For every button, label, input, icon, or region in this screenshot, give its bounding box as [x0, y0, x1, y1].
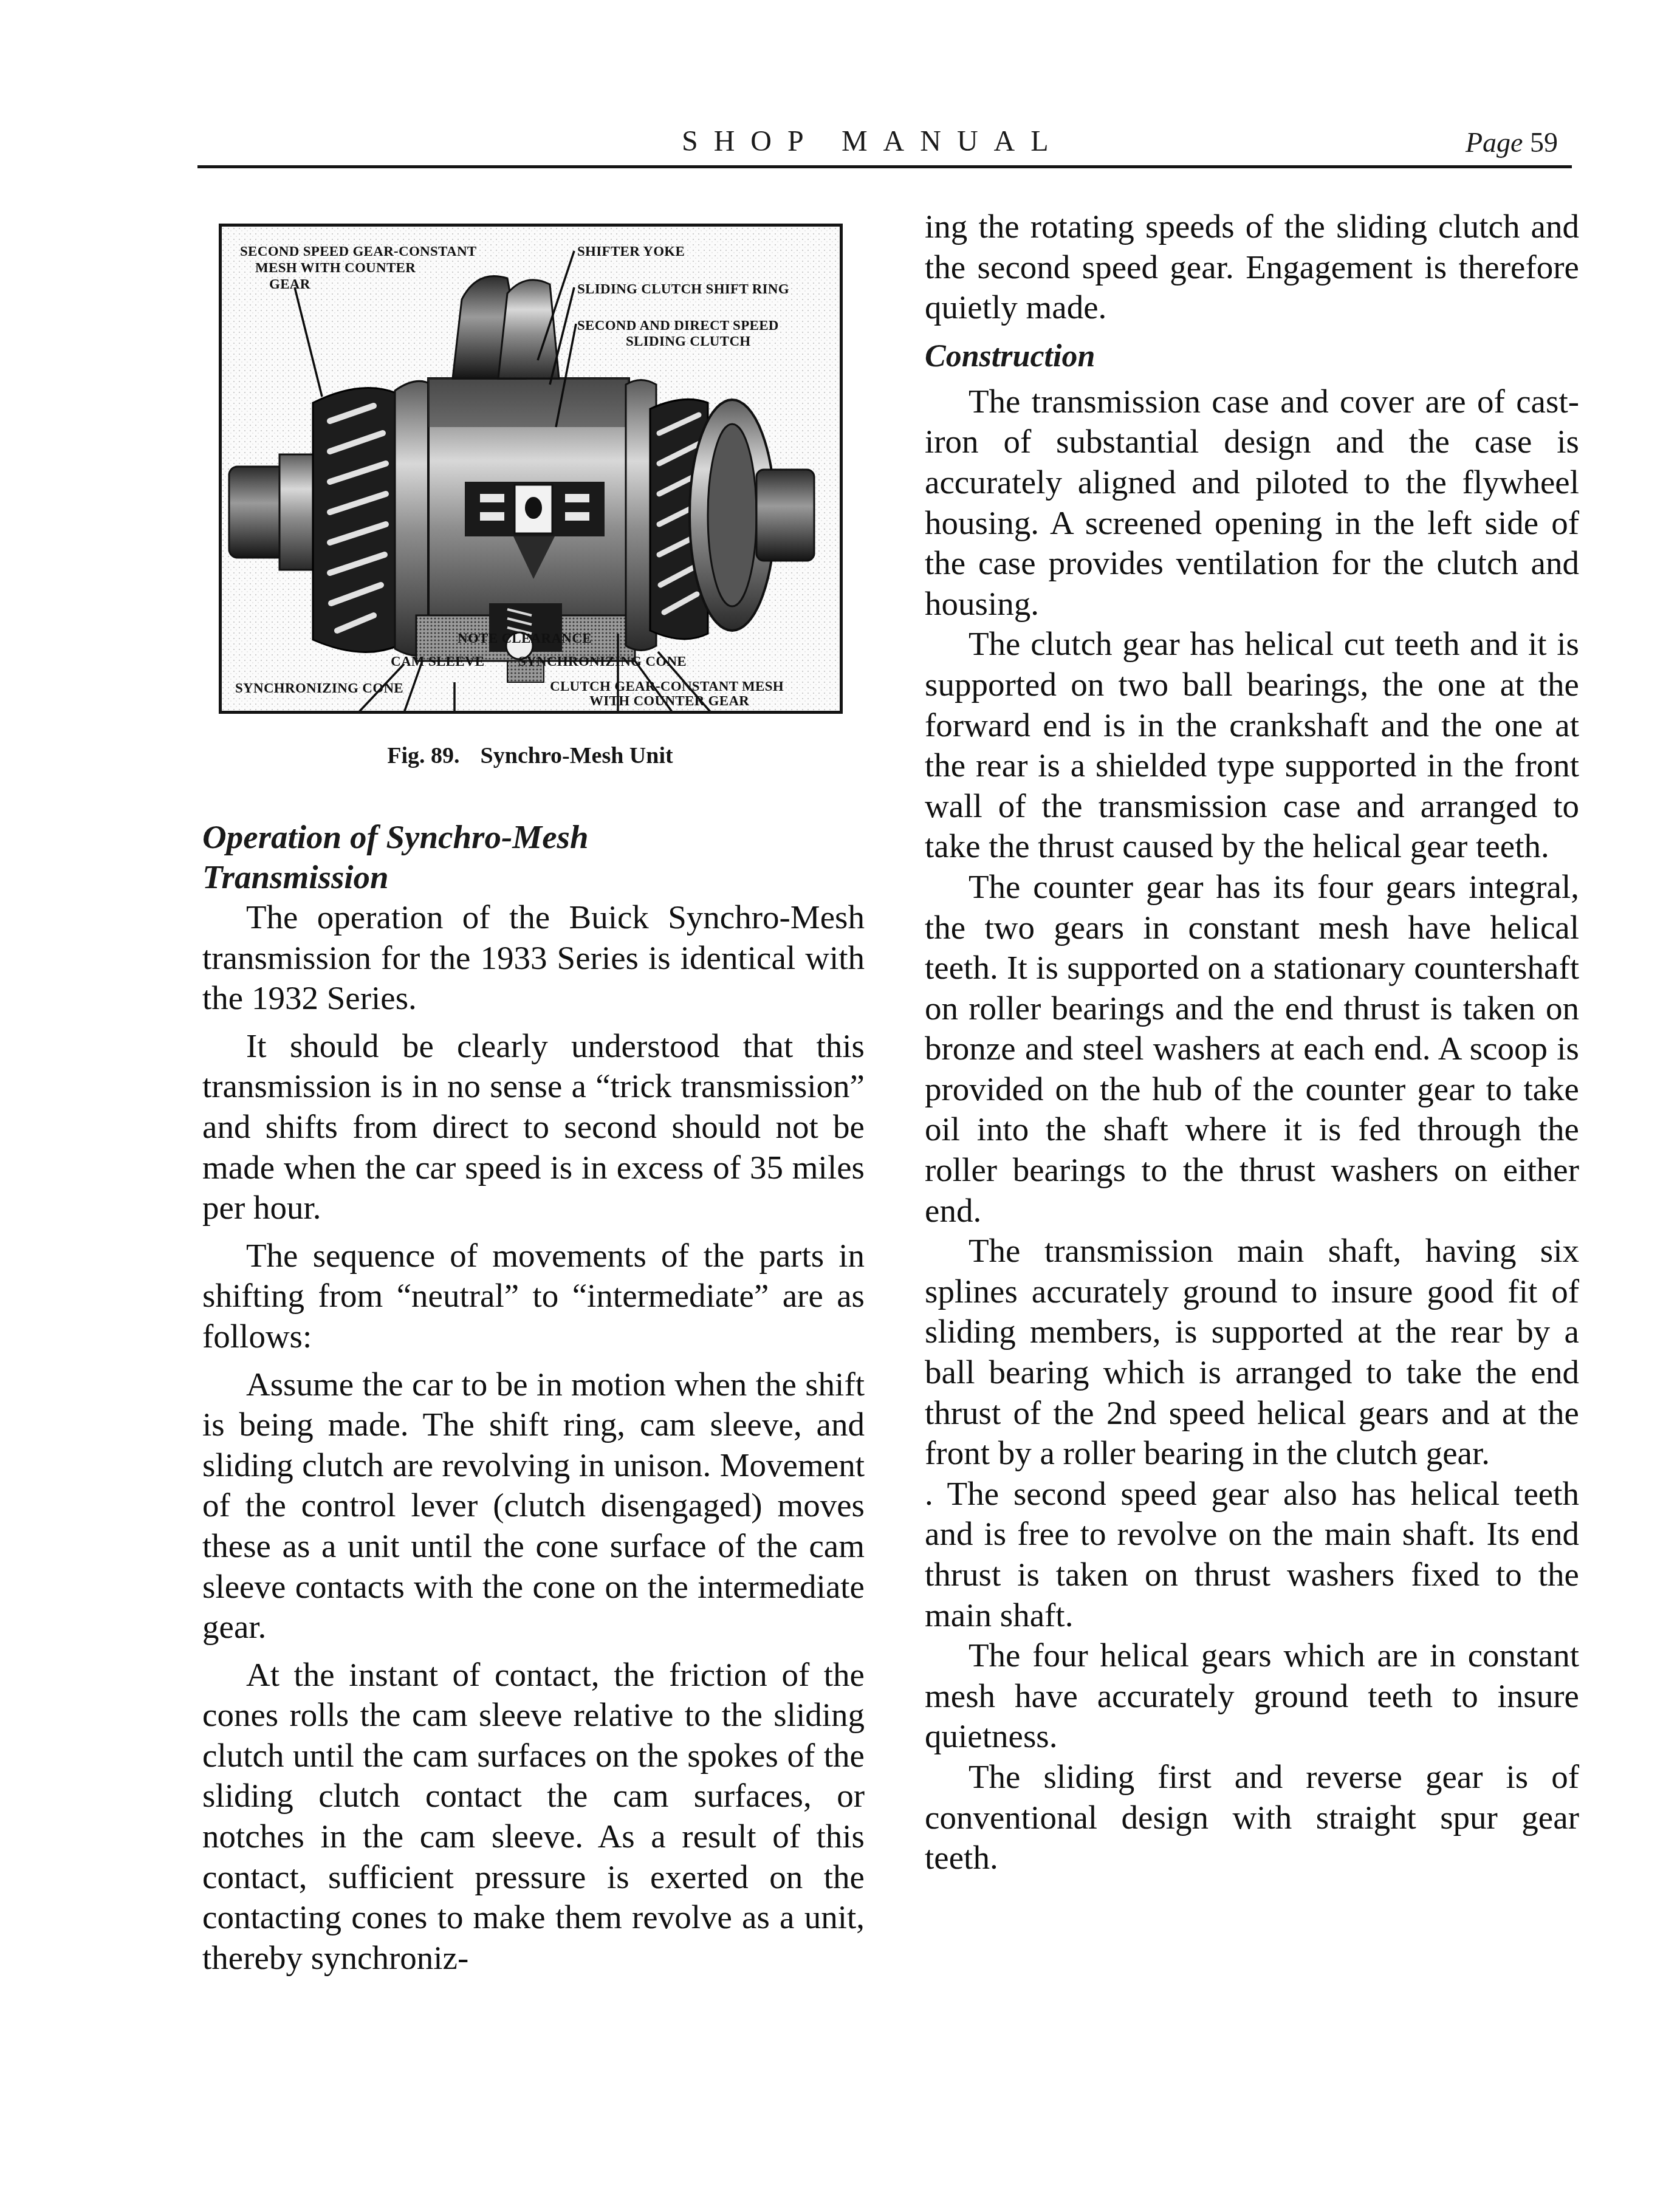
left-column: Operation of Synchro-Mesh Transmission T…	[202, 817, 865, 1978]
page-number-value: 59	[1530, 127, 1558, 158]
paragraph: The four helical gears which are in cons…	[925, 1635, 1579, 1757]
paragraph: It should be clearly understood that thi…	[202, 1026, 865, 1228]
label-note-clearance: NOTE CLEARANCE	[458, 631, 592, 646]
paragraph: Assume the car to be in motion when the …	[202, 1364, 865, 1648]
label-second-speed-gear-line2: MESH WITH COUNTER	[255, 260, 416, 276]
paragraph: The sliding first and reverse gear is of…	[925, 1757, 1579, 1878]
label-second-speed-gear-line1: SECOND SPEED GEAR-CONSTANT	[240, 244, 477, 259]
caption-title: Synchro-Mesh Unit	[481, 743, 673, 768]
label-synchronizing-cone-left: SYNCHRONIZING CONE	[235, 680, 403, 696]
paragraph: The transmission main shaft, having six …	[925, 1231, 1579, 1474]
caption-number: Fig. 89.	[387, 743, 459, 768]
figure-synchro-mesh-unit: SECOND SPEED GEAR-CONSTANT MESH WITH COU…	[219, 224, 843, 714]
paragraph: At the instant of contact, the friction …	[202, 1655, 865, 1979]
label-synchronizing-cone-right: SYNCHRONIZING CONE	[518, 654, 687, 669]
section-heading-operation: Operation of Synchro-Mesh Transmission	[202, 817, 865, 897]
heading-line-1: Operation of Synchro-Mesh	[202, 817, 865, 857]
heading-line-2: Transmission	[202, 857, 865, 897]
paragraph: The clutch gear has helical cut teeth an…	[925, 624, 1579, 867]
label-clutch-gear-line2: WITH COUNTER GEAR	[589, 693, 749, 709]
paragraph: . The second speed gear also has helical…	[925, 1474, 1579, 1635]
paragraph: The operation of the Buick Synchro-Mesh …	[202, 897, 865, 1019]
label-shifter-yoke: SHIFTER YOKE	[577, 244, 685, 259]
label-second-direct-speed-line2: SLIDING CLUTCH	[626, 334, 751, 349]
section-heading-construction: Construction	[925, 337, 1579, 377]
label-second-speed-gear-line3: GEAR	[269, 276, 310, 292]
right-column: ing the rotating speeds of the sliding c…	[925, 207, 1579, 1878]
figure-caption: Fig. 89.Synchro-Mesh Unit	[219, 742, 842, 769]
running-title: SHOP MANUAL	[682, 125, 1065, 158]
page-label: Page	[1466, 127, 1523, 158]
paragraph: The counter gear has its four gears inte…	[925, 867, 1579, 1231]
label-cam-sleeve: CAM SLEEVE	[391, 654, 484, 669]
page-number: Page 59	[1466, 126, 1558, 159]
label-clutch-gear-line1: CLUTCH GEAR-CONSTANT MESH	[550, 679, 784, 694]
paragraph: The sequence of movements of the parts i…	[202, 1236, 865, 1357]
paragraph: The transmission case and cover are of c…	[925, 382, 1579, 625]
paragraph-continuation: ing the rotating speeds of the sliding c…	[925, 207, 1579, 328]
header-rule	[197, 165, 1572, 168]
label-second-direct-speed-line1: SECOND AND DIRECT SPEED	[577, 318, 779, 334]
label-sliding-clutch-shift-ring: SLIDING CLUTCH SHIFT RING	[577, 281, 789, 297]
